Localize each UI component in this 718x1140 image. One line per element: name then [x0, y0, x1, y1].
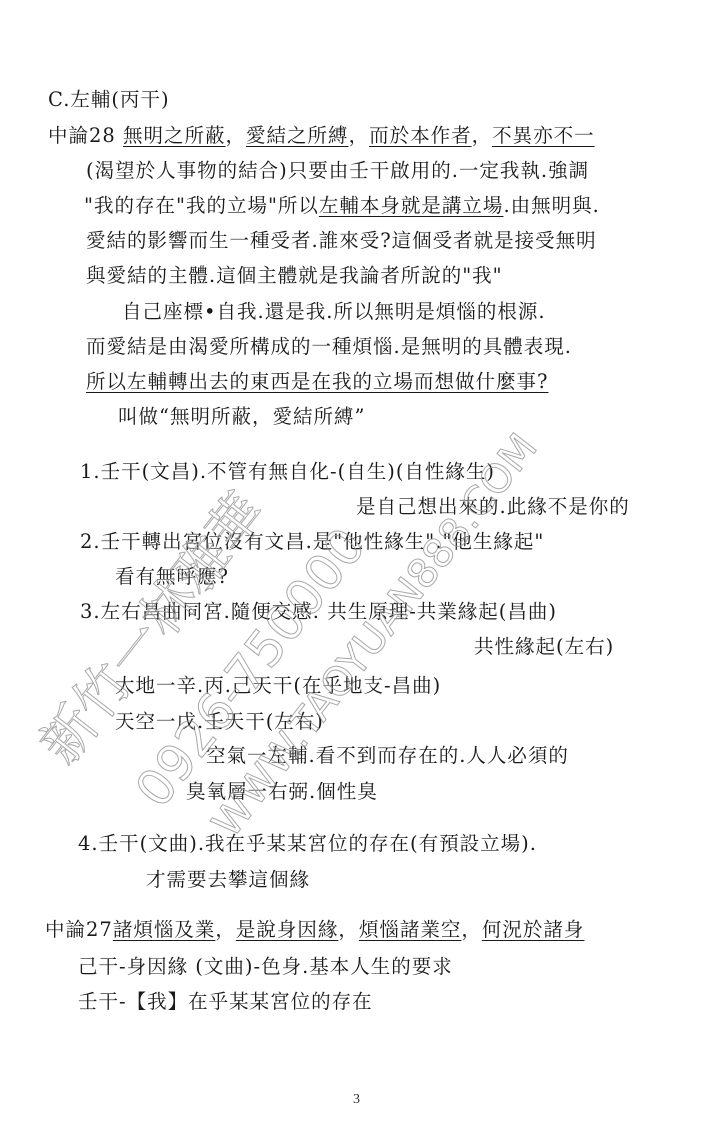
- list-item-4-continued: 才需要去攀這個緣: [146, 868, 310, 892]
- list-item-4: 4.壬干(文曲).我在乎某某宮位的存在(有預設立場).: [78, 832, 537, 856]
- quote-27-phrase: 何況於諸身: [482, 918, 585, 941]
- list-item-3-sub: 天空一戊.壬天干(左右): [115, 710, 324, 734]
- punct: ，: [472, 124, 493, 147]
- list-item-3-sub: 臭氧層一右弼.個性臭: [186, 780, 378, 804]
- page-number: 3: [353, 1092, 360, 1108]
- punct: ，: [461, 918, 482, 941]
- list-item-2-continued: 看有無呼應?: [115, 565, 229, 589]
- quote-28: 中論28 無明之所蔽，愛結之所縛，而於本作者，不異亦不一: [48, 124, 595, 148]
- list-item-3-continued: 共性緣起(左右): [474, 635, 614, 659]
- paragraph-line: 自己座標•自我.還是我.所以無明是煩惱的根源.: [122, 300, 546, 324]
- quote-27-phrase: 煩惱諸業空: [359, 918, 462, 941]
- list-item-1-continued: 是自己想出來的.此緣不是你的: [356, 495, 630, 519]
- paragraph-line: 與愛結的主體.這個主體就是我論者所說的"我": [86, 264, 503, 288]
- quote-27-prefix: 中論27: [45, 918, 113, 941]
- punct: ，: [226, 124, 247, 147]
- underlined-line: 所以左輔轉出去的東西是在我的立場而想做什麼事?: [86, 370, 548, 394]
- paragraph-line: "我的存在"我的立場"所以左輔本身就是講立場.由無明與.: [84, 194, 600, 218]
- punct: ，: [349, 124, 370, 147]
- quote-28-phrase: 愛結之所縛: [246, 124, 349, 147]
- list-item-1: 1.壬干(文昌).不管有無自化-(自生)(自性緣生): [80, 460, 495, 484]
- text: "我的存在"我的立場"所以: [84, 194, 319, 217]
- underlined-text: 左輔本身就是講立場: [319, 194, 504, 217]
- quote-28-phrase: 不異亦不一: [492, 124, 595, 147]
- list-item-3-sub: 空氣一左輔.看不到而存在的.人人必須的: [206, 744, 569, 768]
- quote-27-phrase: 是說身因緣: [236, 918, 339, 941]
- quote-27: 中論27諸煩惱及業，是說身因緣，煩惱諸業空，何況於諸身: [45, 918, 584, 942]
- paragraph-line: (渴望於人事物的結合)只要由壬干啟用的.一定我執.強調: [86, 159, 589, 183]
- paragraph-line: 叫做“無明所蔽，愛結所縛”: [118, 405, 365, 429]
- quote-28-phrase: 無明之所蔽: [123, 124, 226, 147]
- punct: ，: [215, 918, 236, 941]
- paragraph-line: 而愛結是由渴愛所構成的一種煩惱.是無明的具體表現.: [86, 335, 572, 359]
- list-item-3: 3.左右昌曲同宮.隨便交感. 共生原理-共業緣起(昌曲): [80, 600, 557, 624]
- section-heading: C.左輔(丙干): [48, 88, 170, 112]
- list-item-3-sub: 大地一辛.丙.己天干(在乎地支-昌曲): [115, 674, 441, 698]
- punct: ，: [338, 918, 359, 941]
- paragraph-line: 壬干-【我】在乎某某宮位的存在: [78, 990, 373, 1014]
- quote-28-prefix: 中論28: [48, 124, 123, 147]
- text: .由無明與.: [503, 194, 599, 217]
- paragraph-line: 愛結的影響而生一種受者.誰來受?這個受者就是接受無明: [86, 229, 597, 253]
- list-item-2: 2.壬干轉出宮位沒有文昌.是"他性緣生"."他生緣起": [80, 530, 544, 554]
- quote-27-phrase: 諸煩惱及業: [113, 918, 216, 941]
- paragraph-line: 己干-身因緣 (文曲)-色身.基本人生的要求: [78, 955, 453, 979]
- watermark-phone: 0926-750000: [124, 517, 377, 818]
- quote-28-phrase: 而於本作者: [369, 124, 472, 147]
